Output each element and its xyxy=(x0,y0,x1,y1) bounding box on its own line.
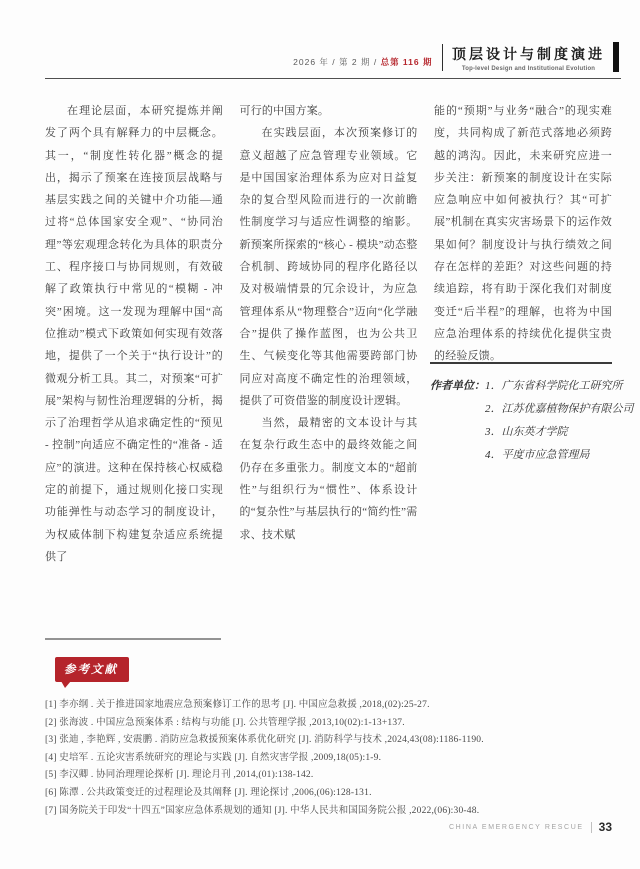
article-column-1: 在理论层面，本研究提炼并阐发了两个具有解释力的中层概念。其一，“制度性转化器”概… xyxy=(45,100,223,568)
issue-prefix: 2026 年 / 第 2 期 / xyxy=(293,57,380,67)
article-column-2: 可行的中国方案。在实践层面，本次预案修订的意义超越了应急管理专业领域。它是中国国… xyxy=(240,100,418,568)
column-subtitle: Top-level Design and Institutional Evolu… xyxy=(462,66,595,72)
author-item: 2．江苏优嘉植物保护有限公司 xyxy=(485,398,634,421)
paragraph: 能的“预期”与业务“融合”的现实难度，共同构成了新范式落地必须跨越的鸿沟。因此，… xyxy=(434,100,612,368)
column-title-block: 顶层设计与制度演进 Top-level Design and Instituti… xyxy=(452,44,605,72)
reference-item: [3] 张迪 , 李艳辉 , 安震鹏 . 消防应急救援预案体系优化研究 [J].… xyxy=(45,732,620,750)
reference-item: [2] 张海波 . 中国应急预案体系 : 结构与功能 [J]. 公共管理学报 ,… xyxy=(45,715,620,733)
reference-item: [5] 李汉卿 . 协同治理理论探析 [J]. 理论月刊 ,2014,(01):… xyxy=(45,767,620,785)
author-items: 1．广东省科学院化工研究所2．江苏优嘉植物保护有限公司3．山东英才学院4．平度市… xyxy=(485,375,634,467)
references-separator xyxy=(45,638,221,640)
column-title: 顶层设计与制度演进 xyxy=(452,44,605,64)
article-column-3: 能的“预期”与业务“融合”的现实难度，共同构成了新范式落地必须跨越的鸿沟。因此，… xyxy=(434,100,612,568)
author-affiliations: 作者单位： 1．广东省科学院化工研究所2．江苏优嘉植物保护有限公司3．山东英才学… xyxy=(430,362,612,467)
journal-page: 2026 年 / 第 2 期 / 总第 116 期 顶层设计与制度演进 Top-… xyxy=(0,0,640,869)
paragraph: 在理论层面，本研究提炼并阐发了两个具有解释力的中层概念。其一，“制度性转化器”概… xyxy=(45,100,223,568)
issue-number: 总第 116 期 xyxy=(381,57,433,67)
references-section: 参考文献 [1] 李亦纲 . 关于推进国家地震应急预案修订工作的思考 [J]. … xyxy=(45,638,620,820)
page-footer: CHINA EMERGENCY RESCUE 33 xyxy=(449,820,612,834)
footer-divider xyxy=(591,822,592,833)
footer-page-number: 33 xyxy=(599,820,612,834)
page-header: 2026 年 / 第 2 期 / 总第 116 期 顶层设计与制度演进 Top-… xyxy=(293,42,619,72)
reference-item: [7] 国务院关于印发“十四五”国家应急体系规划的通知 [J]. 中华人民共和国… xyxy=(45,803,620,821)
header-rule xyxy=(45,78,621,79)
reference-item: [4] 史培军 . 五论灾害系统研究的理论与实践 [J]. 自然灾害学报 ,20… xyxy=(45,750,620,768)
article-columns: 在理论层面，本研究提炼并阐发了两个具有解释力的中层概念。其一，“制度性转化器”概… xyxy=(45,100,612,568)
header-divider xyxy=(442,44,444,71)
paragraph: 当然，最精密的文本设计与其在复杂行政生态中的最终效能之间仍存在多重张力。制度文本… xyxy=(240,412,418,546)
references-list: [1] 李亦纲 . 关于推进国家地震应急预案修订工作的思考 [J]. 中国应急救… xyxy=(45,697,620,820)
header-end-bar xyxy=(613,42,619,72)
footer-journal-name: CHINA EMERGENCY RESCUE xyxy=(449,824,584,831)
paragraph: 在实践层面，本次预案修订的意义超越了应急管理专业领域。它是中国国家治理体系为应对… xyxy=(240,122,418,412)
reference-item: [1] 李亦纲 . 关于推进国家地震应急预案修订工作的思考 [J]. 中国应急救… xyxy=(45,697,620,715)
paragraph: 可行的中国方案。 xyxy=(240,100,418,122)
author-item: 3．山东英才学院 xyxy=(485,421,634,444)
author-label: 作者单位： xyxy=(430,375,485,467)
author-item: 1．广东省科学院化工研究所 xyxy=(485,375,634,398)
issue-info: 2026 年 / 第 2 期 / 总第 116 期 xyxy=(293,56,432,68)
references-badge: 参考文献 xyxy=(55,657,129,682)
reference-item: [6] 陈潭 . 公共政策变迁的过程理论及其阐释 [J]. 理论探讨 ,2006… xyxy=(45,785,620,803)
author-item: 4．平度市应急管理局 xyxy=(485,444,634,467)
